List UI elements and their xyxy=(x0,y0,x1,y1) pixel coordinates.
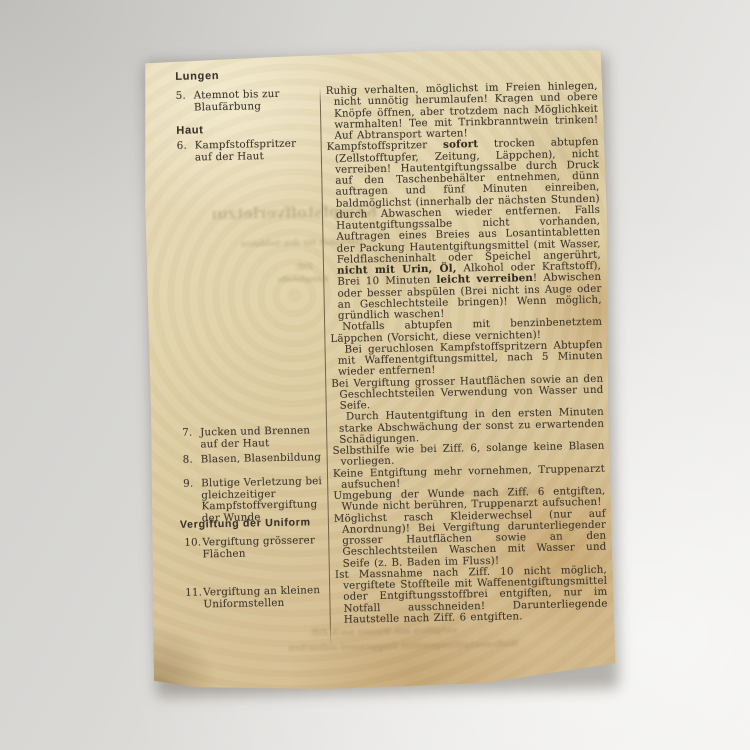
document-photo: Kampfstoffverletzung Merkblatt für den S… xyxy=(142,48,616,693)
list-item-6: 6. Kampfstoffspritzer auf der Haut xyxy=(177,138,317,164)
bleedthrough-bottom: entgiften mit Wasser nach Ziff. xyxy=(208,624,558,641)
item-number: 10. xyxy=(184,537,202,561)
item-number: 6. xyxy=(177,140,195,164)
paragraph-ruhig-verhalten: Ruhig verhalten, möglichst im Freien hin… xyxy=(326,81,599,142)
item-text: Vergiftung grösserer Flächen xyxy=(202,535,324,561)
section-header-lungen: Lungen xyxy=(175,69,315,83)
paragraph-kleiderwechsel: Möglichst rasch Kleiderwechsel (nur auf … xyxy=(334,508,607,569)
item-number: 8. xyxy=(183,454,201,466)
item-text: Vergiftung an kleinen Uniformstellen xyxy=(203,585,325,611)
list-item-7: 7. Jucken und Brennen auf der Haut xyxy=(182,425,322,451)
list-item-10: 10. Vergiftung grösserer Flächen xyxy=(184,535,324,561)
item-number: 11. xyxy=(185,587,203,611)
bleedthrough-bottom: Waffenentgiftungsmittel Truppenarzt aufs… xyxy=(193,638,613,656)
item-text: Atemnot bis zur Blaufärbung xyxy=(194,88,316,114)
paragraph-kampfstoffspritzer: Kampfstoffspritzer sofort trocken abtupf… xyxy=(327,137,602,322)
item-number: 7. xyxy=(182,427,200,451)
list-item-11: 11. Vergiftung an kleinen Uniformstellen xyxy=(185,585,325,611)
item-text: Jucken und Brennen auf der Haut xyxy=(200,425,322,451)
list-item-5: 5. Atemnot bis zur Blaufärbung xyxy=(176,88,316,114)
paragraph-stoffteile-entgiften: Ist Massnahme nach Ziff. 10 nicht möglic… xyxy=(335,564,608,625)
instructions-column: Ruhig verhalten, möglichst im Freien hin… xyxy=(326,81,608,626)
section-header-haut: Haut xyxy=(176,123,316,137)
item-text: Blasen, Blasenbildung xyxy=(201,452,323,466)
paper-sheet: Kampfstoffverletzung Merkblatt für den S… xyxy=(142,48,616,693)
bleedthrough-line: Ziff. xyxy=(274,261,334,272)
item-number: 5. xyxy=(176,91,194,115)
item-text: Kampfstoffspritzer auf der Haut xyxy=(195,138,317,164)
section-header-uniform: Vergiftung der Uniform xyxy=(180,517,346,532)
list-item-8: 8. Blasen, Blasenbildung xyxy=(183,452,323,466)
